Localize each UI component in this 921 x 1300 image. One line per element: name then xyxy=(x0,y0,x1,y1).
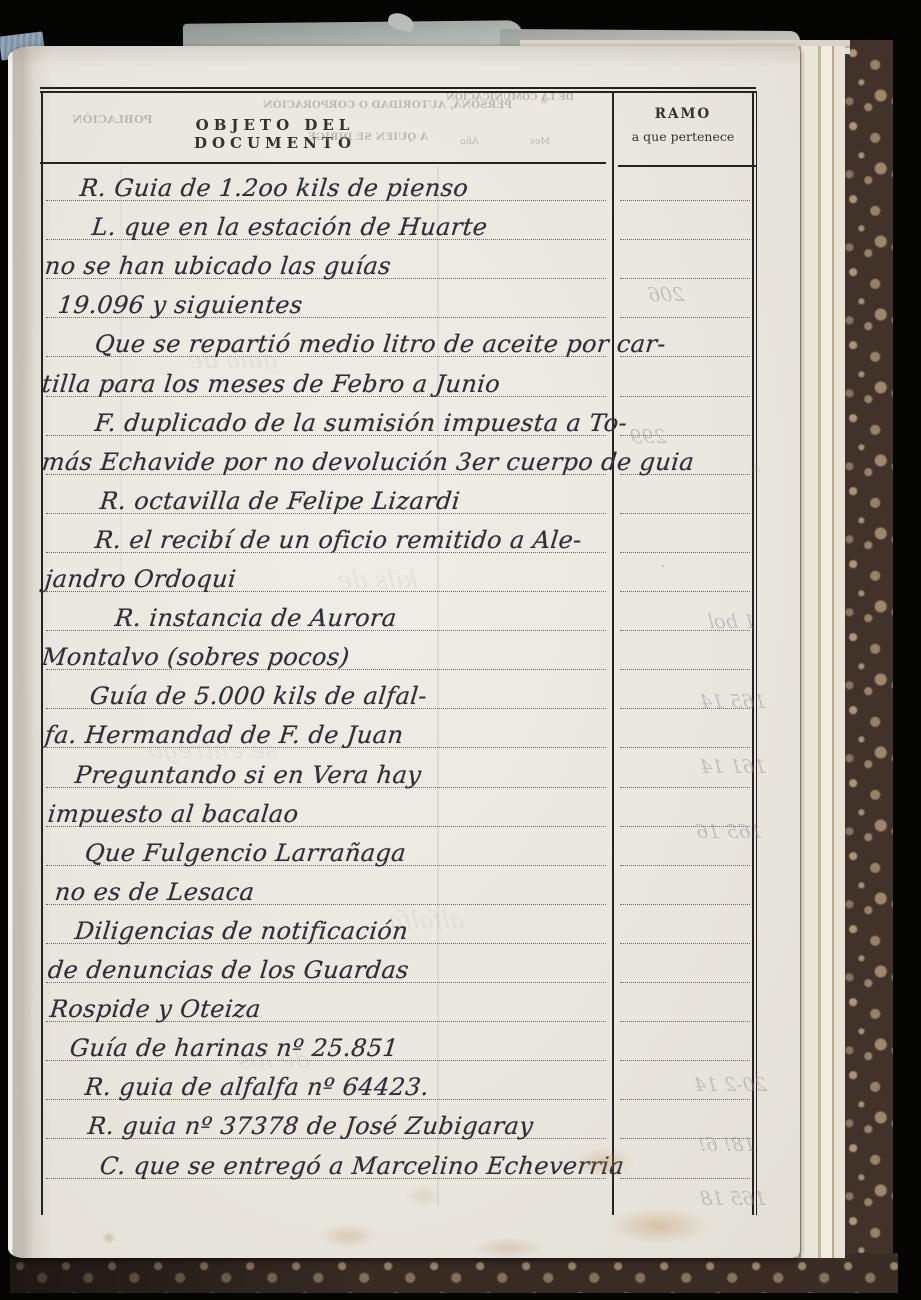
ruled-line xyxy=(620,982,750,983)
ledger-entry-line: jandro Ordoqui xyxy=(43,563,238,595)
bleedthrough-column-rule xyxy=(437,166,439,1206)
bleedthrough-poblacion: POBLACIÓN xyxy=(72,112,152,126)
ruled-line xyxy=(620,943,750,944)
ledger-entry-line: impuesto al bacalao xyxy=(46,798,300,830)
table-right-border-outer xyxy=(756,91,757,1215)
ledger-entry-line: R. guia de alfalfa nº 64423. xyxy=(83,1071,431,1103)
ledger-entry-line: R. Guia de 1.2oo kils de pienso xyxy=(78,172,470,204)
ruled-line xyxy=(620,278,750,279)
ruled-line xyxy=(620,669,750,670)
ledger-entry-line: Diligencias de notificación xyxy=(73,915,410,947)
ledger-entry-line: C. que se entregó a Marcelino Echeverria xyxy=(98,1150,625,1182)
table-top-border-thin xyxy=(40,87,756,89)
ruled-line xyxy=(620,239,750,240)
ledger-entry-line: fa. Hermandad de F. de Juan xyxy=(43,719,405,751)
ledger-entry-line: de denuncias de los Guardas xyxy=(46,954,410,986)
ghost-numeral: 1 bol xyxy=(707,611,757,633)
ghost-script: kils de xyxy=(337,566,419,594)
ledger-entry-line: R. el recibí de un oficio remitido a Ale… xyxy=(93,524,583,556)
ledger-entry-line: Montalvo (sobres pocos) xyxy=(40,641,351,673)
table-column-divider xyxy=(612,91,614,1215)
ledger-entry-line: tilla para los meses de Febro a Junio xyxy=(40,368,502,400)
page-top-grime xyxy=(8,46,800,68)
book-cover-edge-right xyxy=(843,40,893,1292)
ruled-line xyxy=(620,865,750,866)
ruled-line xyxy=(620,787,750,788)
ghost-numeral: 165 18 xyxy=(699,1188,768,1210)
ledger-entry-line: más Echavide por no devolución 3er cuerp… xyxy=(40,446,696,478)
ledger-entry-line: L. que en la estación de Huarte xyxy=(90,211,489,243)
ledger-entry-line: no se han ubicado las guías xyxy=(43,250,392,282)
ledger-entry-line: Que se repartió medio litro de aceite po… xyxy=(93,328,667,360)
ruled-line xyxy=(620,552,750,553)
scanned-ledger-photo: OBJETO DEL DOCUMENTO RAMO a que pertenec… xyxy=(0,0,921,1300)
ledger-entry-line: Guía de 5.000 kils de alfal- xyxy=(88,680,428,712)
book-cover-shading xyxy=(10,1253,898,1293)
ruled-line xyxy=(620,904,750,905)
ruled-line xyxy=(620,747,750,748)
ghost-numeral: 18! 6! xyxy=(697,1134,757,1156)
ledger-entry-line: no es de Lesaca xyxy=(53,876,256,908)
ghost-numeral: 165 14 xyxy=(699,691,768,713)
ledger-page: OBJETO DEL DOCUMENTO RAMO a que pertenec… xyxy=(8,46,800,1258)
ruled-line xyxy=(620,396,750,397)
ledger-entry-line: 19.096 y siguientes xyxy=(56,289,304,321)
page-stack-edges-right xyxy=(795,46,845,1258)
ghost-numeral: 161 14 xyxy=(699,756,768,778)
bleedthrough-quien: A QUIEN SE DIRIGE xyxy=(308,131,428,143)
ledger-entry-line: R. guia nº 37378 de José Zubigaray xyxy=(86,1110,535,1142)
ruled-line xyxy=(620,317,750,318)
ledger-entry-line: Rospide y Oteiza xyxy=(48,993,262,1025)
column-title-ramo: RAMO xyxy=(610,106,756,122)
ruled-line xyxy=(620,1178,750,1179)
ledger-entry-line: Preguntando si en Vera hay xyxy=(73,759,423,791)
ruled-line xyxy=(620,200,750,201)
bleedthrough-comunicacion: DE LA COMUNICACIÓN xyxy=(446,92,574,103)
ledger-entry-line: Guía de harinas nº 25.851 xyxy=(68,1032,400,1064)
header-separator-right xyxy=(618,165,756,167)
ghost-numeral: 165 16 xyxy=(695,821,764,843)
ghost-numeral: 299 xyxy=(629,426,668,448)
ledger-entry-line: R. instancia de Aurora xyxy=(113,602,398,634)
table-right-border-inner xyxy=(752,91,754,1215)
ruled-line xyxy=(620,513,750,514)
ruled-line xyxy=(620,1060,750,1061)
table-top-border-thick xyxy=(40,91,756,93)
ruled-line xyxy=(620,1021,750,1022)
column-subtitle-pertenece: a que pertenece xyxy=(610,129,756,144)
ghost-numeral: 206 xyxy=(647,284,686,306)
bleedthrough-mes: Mes xyxy=(530,136,550,147)
header-separator-left xyxy=(40,162,606,164)
ledger-entry-line: R. octavilla de Felipe Lizardi xyxy=(98,485,461,517)
ghost-numeral: 20-2 14 xyxy=(693,1074,768,1096)
ruled-line xyxy=(620,591,750,592)
ledger-entry-line: F. duplicado de la sumisión impuesta a T… xyxy=(93,407,629,439)
bleedthrough-ano: Año xyxy=(460,136,479,147)
ledger-entry-line: Que Fulgencio Larrañaga xyxy=(83,837,407,869)
ruled-line xyxy=(620,1099,750,1100)
